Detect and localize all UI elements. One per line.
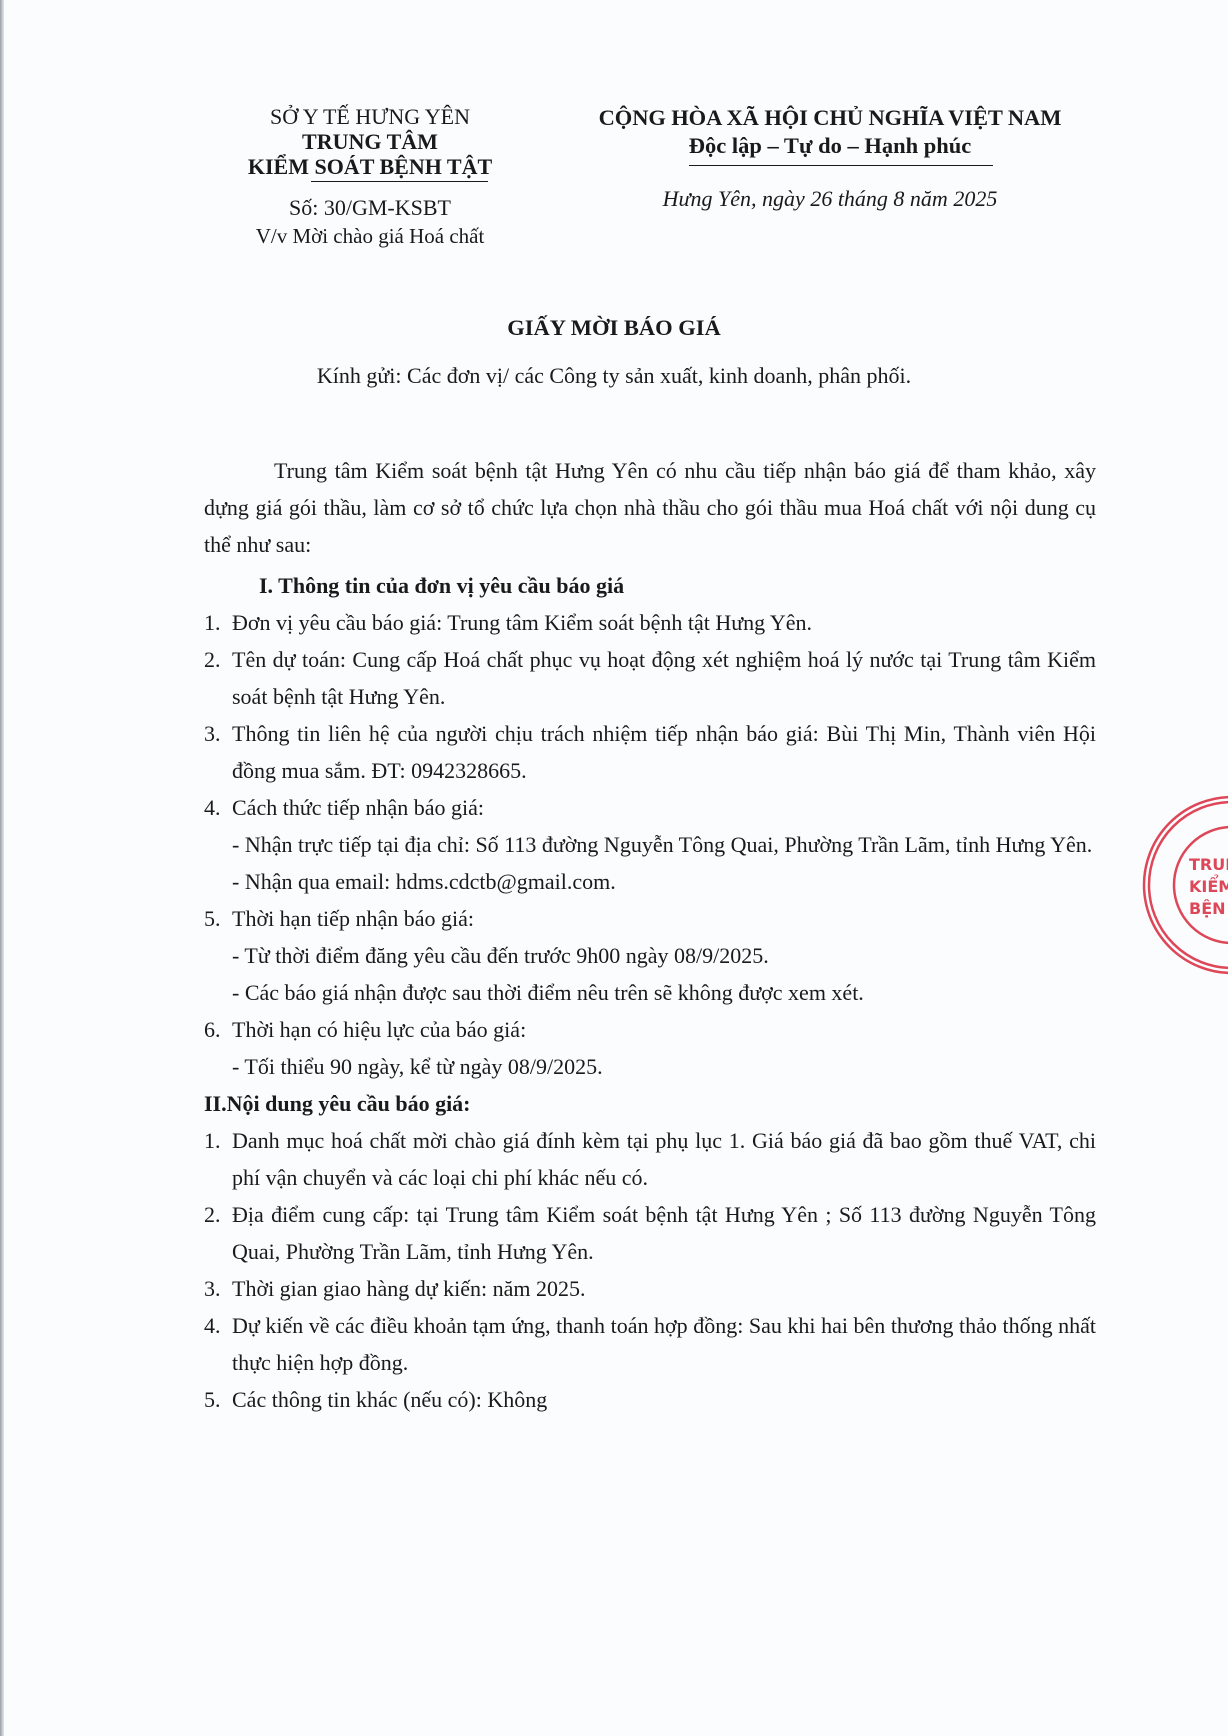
item-text: Danh mục hoá chất mời chào giá đính kèm … [232, 1128, 1096, 1190]
item-number: 1. [204, 604, 221, 641]
stamp-center-text: KIỂM [1189, 874, 1228, 896]
item-subpoint: - Nhận qua email: hdms.cdctb@gmail.com. [232, 863, 1096, 900]
section-2-item: 2.Địa điểm cung cấp: tại Trung tâm Kiểm … [204, 1196, 1096, 1270]
section-2-item: 1.Danh mục hoá chất mời chào giá đính kè… [204, 1122, 1096, 1196]
item-text: Các thông tin khác (nếu có): Không [232, 1387, 547, 1412]
motto-underline [689, 165, 994, 167]
national-motto-text: Độc lập – Tự do – Hạnh phúc [689, 133, 972, 158]
item-text: Tên dự toán: Cung cấp Hoá chất phục vụ h… [232, 647, 1096, 709]
item-number: 1. [204, 1122, 221, 1159]
item-text: Thông tin liên hệ của người chịu trách n… [232, 721, 1096, 783]
recipient-line: Kính gửi: Các đơn vị/ các Công ty sản xu… [0, 362, 1228, 390]
item-number: 6. [204, 1011, 221, 1048]
section-1-item: 1.Đơn vị yêu cầu báo giá: Trung tâm Kiểm… [204, 604, 1096, 641]
item-text: Thời gian giao hàng dự kiến: năm 2025. [232, 1276, 586, 1301]
document-page: SỞ Y TẾ HƯNG YÊN TRUNG TÂM KIỂM SOÁT BỆN… [0, 0, 1228, 1736]
section-1-item: 4.Cách thức tiếp nhận báo giá:- Nhận trự… [204, 789, 1096, 900]
item-number: 5. [204, 900, 221, 937]
official-seal-stamp: SỞ Y TẾ T TRUNKIỂMBỆN [1137, 790, 1228, 980]
item-text: Dự kiến về các điều khoản tạm ứng, thanh… [232, 1313, 1096, 1375]
item-text: Địa điểm cung cấp: tại Trung tâm Kiểm so… [232, 1202, 1096, 1264]
section-1-item: 2.Tên dự toán: Cung cấp Hoá chất phục vụ… [204, 641, 1096, 715]
section-1-item: 3.Thông tin liên hệ của người chịu trách… [204, 715, 1096, 789]
agency-name-line1: TRUNG TÂM [220, 129, 520, 154]
item-number: 2. [204, 641, 221, 678]
issuer-block: SỞ Y TẾ HƯNG YÊN TRUNG TÂM KIỂM SOÁT BỆN… [220, 104, 520, 249]
place-and-date: Hưng Yên, ngày 26 tháng 8 năm 2025 [580, 184, 1080, 214]
stamp-center-text: TRUN [1189, 855, 1228, 874]
item-text: Cách thức tiếp nhận báo giá: [232, 795, 484, 820]
section-2-item: 5.Các thông tin khác (nếu có): Không [204, 1381, 1096, 1418]
item-number: 4. [204, 789, 221, 826]
issuer-underline [311, 181, 488, 183]
document-title: GIẤY MỜI BÁO GIÁ [0, 314, 1228, 342]
agency-name-line2-text: KIỂM SOÁT BỆNH TẬT [248, 154, 492, 179]
document-number: Số: 30/GM-KSBT [220, 193, 520, 223]
item-subpoint: - Các báo giá nhận được sau thời điểm nê… [232, 974, 1096, 1011]
item-number: 3. [204, 715, 221, 752]
intro-paragraph: Trung tâm Kiểm soát bệnh tật Hưng Yên có… [204, 452, 1096, 563]
item-subpoint: - Từ thời điểm đăng yêu cầu đến trước 9h… [232, 937, 1096, 974]
document-body: Trung tâm Kiểm soát bệnh tật Hưng Yên có… [204, 452, 1096, 1418]
document-subject: V/v Mời chào giá Hoá chất [220, 223, 520, 249]
section-1-heading: I. Thông tin của đơn vị yêu cầu báo giá [204, 567, 1096, 604]
agency-name-line2: KIỂM SOÁT BỆNH TẬT [248, 154, 492, 179]
section-2-item: 4.Dự kiến về các điều khoản tạm ứng, tha… [204, 1307, 1096, 1381]
section-2-heading: II.Nội dung yêu cầu báo giá: [204, 1085, 1096, 1122]
item-number: 5. [204, 1381, 221, 1418]
item-text: Thời hạn có hiệu lực của báo giá: [232, 1017, 526, 1042]
parent-agency: SỞ Y TẾ HƯNG YÊN [220, 104, 520, 129]
national-header: CỘNG HÒA XÃ HỘI CHỦ NGHĨA VIỆT NAM Độc l… [580, 104, 1080, 214]
section-2-list: 1.Danh mục hoá chất mời chào giá đính kè… [204, 1122, 1096, 1418]
nation-name: CỘNG HÒA XÃ HỘI CHỦ NGHĨA VIỆT NAM [580, 104, 1080, 132]
item-number: 2. [204, 1196, 221, 1233]
national-motto: Độc lập – Tự do – Hạnh phúc [689, 132, 972, 160]
section-1-item: 6.Thời hạn có hiệu lực của báo giá:- Tối… [204, 1011, 1096, 1085]
item-subpoint: - Nhận trực tiếp tại địa chỉ: Số 113 đườ… [232, 826, 1096, 863]
stamp-center-text: BỆN [1189, 898, 1226, 918]
item-number: 4. [204, 1307, 221, 1344]
section-2-item: 3.Thời gian giao hàng dự kiến: năm 2025. [204, 1270, 1096, 1307]
section-1-list: 1.Đơn vị yêu cầu báo giá: Trung tâm Kiểm… [204, 604, 1096, 1085]
item-text: Đơn vị yêu cầu báo giá: Trung tâm Kiểm s… [232, 610, 812, 635]
item-subpoint: - Tối thiểu 90 ngày, kể từ ngày 08/9/202… [232, 1048, 1096, 1085]
section-1-item: 5.Thời hạn tiếp nhận báo giá:- Từ thời đ… [204, 900, 1096, 1011]
item-text: Thời hạn tiếp nhận báo giá: [232, 906, 474, 931]
item-number: 3. [204, 1270, 221, 1307]
